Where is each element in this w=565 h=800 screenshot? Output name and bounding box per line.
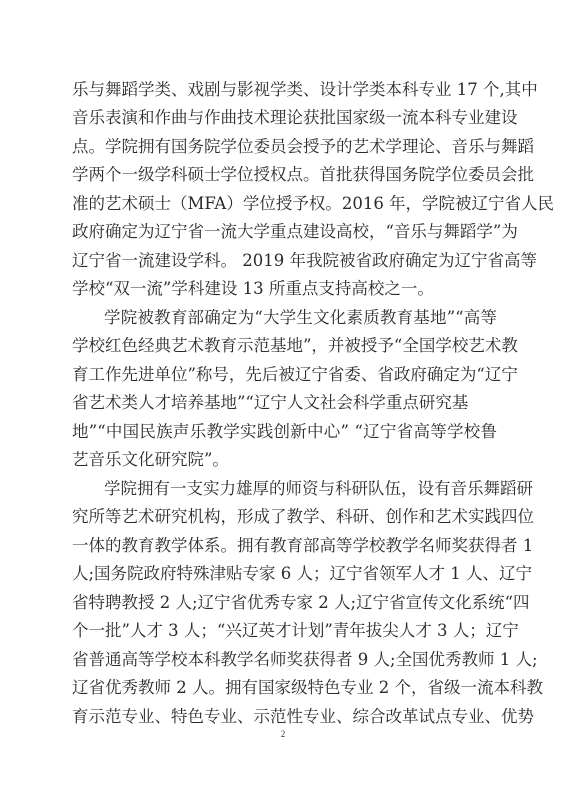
text-line: 省特聘教授 2 人;辽宁省优秀专家 2 人;辽宁省宣传文化系统“四 [72, 591, 497, 615]
text-line: 学两个一级学科硕士学位授权点。首批获得国务院学位委员会批 [72, 163, 497, 187]
text-line: 省普通高等学校本科教学名师奖获得者 9 人;全国优秀教师 1 人; [72, 648, 497, 672]
document-page: 乐与舞蹈学类、戏剧与影视学类、设计学类本科专业 17 个,其中 音乐表演和作曲与… [0, 0, 565, 800]
text-line: 辽省优秀教师 2 人。拥有国家级特色专业 2 个，省级一流本科教 [72, 676, 497, 700]
text-line: 学校红色经典艺术教育示范基地”，并被授予“全国学校艺术教 [72, 334, 497, 358]
text-line: 音乐表演和作曲与作曲技术理论获批国家级一流本科专业建设 [72, 106, 497, 130]
text-line: 乐与舞蹈学类、戏剧与影视学类、设计学类本科专业 17 个,其中 [72, 78, 497, 102]
text-line: 学校“双一流”学科建设 13 所重点支持高校之一。 [72, 277, 497, 301]
text-line: 一体的教育教学体系。拥有教育部高等学校教学名师奖获得者 1 [72, 534, 497, 558]
text-line: 个一批”人才 3 人；“兴辽英才计划”青年拔尖人才 3 人；辽宁 [72, 619, 497, 643]
text-line: 育工作先进单位”称号，先后被辽宁省委、省政府确定为“辽宁 [72, 363, 497, 387]
page-number: 2 [276, 729, 290, 739]
text-line: 人;国务院政府特殊津贴专家 6 人；辽宁省领军人才 1 人、辽宁 [72, 562, 497, 586]
text-line: 准的艺术硕士（MFA）学位授予权。2016 年，学院被辽宁省人民 [72, 192, 497, 216]
text-line: 地”“中国民族声乐教学实践创新中心” “辽宁省高等学校鲁 [72, 420, 497, 444]
text-line: 究所等艺术研究机构，形成了教学、科研、创作和艺术实践四位 [72, 505, 497, 529]
text-line: 育示范专业、特色专业、示范性专业、综合改革试点专业、优势 [72, 705, 497, 729]
text-line: 点。学院拥有国务院学位委员会授予的艺术学理论、音乐与舞蹈 [72, 135, 497, 159]
text-line-first: 学院被教育部确定为“大学生文化素质教育基地”“高等 [104, 306, 497, 330]
text-line: 省艺术类人才培养基地”“辽宁人文社会科学重点研究基 [72, 391, 497, 415]
text-line-first: 学院拥有一支实力雄厚的师资与科研队伍，设有音乐舞蹈研 [104, 477, 497, 501]
text-line: 政府确定为辽宁省一流大学重点建设高校，“音乐与舞蹈学”为 [72, 220, 497, 244]
text-line: 辽宁省一流建设学科。 2019 年我院被省政府确定为辽宁省高等 [72, 249, 497, 273]
text-line: 艺音乐文化研究院”。 [72, 448, 497, 472]
